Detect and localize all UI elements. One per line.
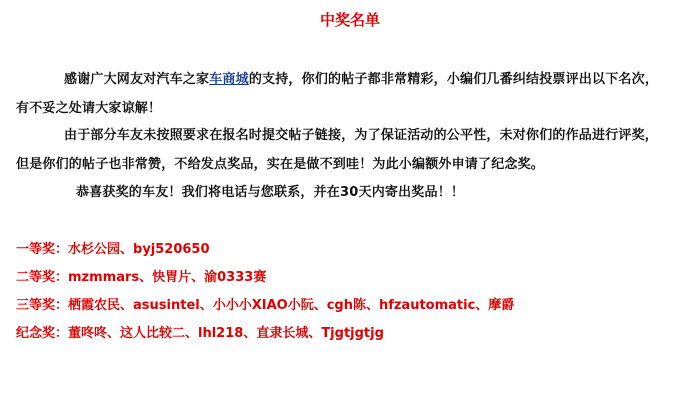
winner-row-second-prize: 二等奖：mzmmars、快胃片、渝0333赛 xyxy=(16,266,266,285)
prize-winners: 栖霞农民、asusintel、小小小XIAO小阮、cgh陈、hfzautomat… xyxy=(68,298,514,313)
thanks-paragraph-line1: 感谢广大网友对汽车之家车商城的支持，你们的帖子都非常精彩，小编们几番纠结投票评出… xyxy=(64,68,658,87)
notice-paragraph-line1: 由于部分车友未按照要求在报名时提交帖子链接，为了保证活动的公平性，未对你们的作品… xyxy=(64,124,658,143)
prize-label: 三等奖： xyxy=(16,298,68,313)
thanks-text-after-link: 的支持，你们的帖子都非常精彩，小编们几番纠结投票评出以下名次， xyxy=(249,72,658,87)
prize-label: 纪念奖： xyxy=(16,326,68,341)
car-mall-link[interactable]: 车商城 xyxy=(209,72,249,87)
prize-winners: 水杉公园、byj520650 xyxy=(68,242,210,257)
winner-row-third-prize: 三等奖：栖霞农民、asusintel、小小小XIAO小阮、cgh陈、hfzaut… xyxy=(16,294,514,313)
notice-paragraph-line2: 但是你们的帖子也非常赞，不给发点奖品，实在是做不到哇！为此小编额外申请了纪念奖。 xyxy=(16,153,544,172)
prize-label: 二等奖： xyxy=(16,270,68,285)
prize-label: 一等奖： xyxy=(16,242,68,257)
prize-winners: mzmmars、快胃片、渝0333赛 xyxy=(68,270,266,285)
prize-winners: 董咚咚、这人比较二、lhl218、直隶长城、Tjgtjgtjg xyxy=(68,326,384,341)
winner-row-souvenir-prize: 纪念奖：董咚咚、这人比较二、lhl218、直隶长城、Tjgtjgtjg xyxy=(16,322,384,341)
winner-row-first-prize: 一等奖：水杉公园、byj520650 xyxy=(16,238,210,257)
thanks-paragraph-line2: 有不妥之处请大家谅解！ xyxy=(16,97,161,116)
congrats-paragraph: 恭喜获奖的车友！我们将电话与您联系，并在30天内寄出奖品！！ xyxy=(76,181,464,200)
page-title: 中奖名单 xyxy=(0,9,700,30)
thanks-text-before-link: 感谢广大网友对汽车之家 xyxy=(64,72,209,87)
